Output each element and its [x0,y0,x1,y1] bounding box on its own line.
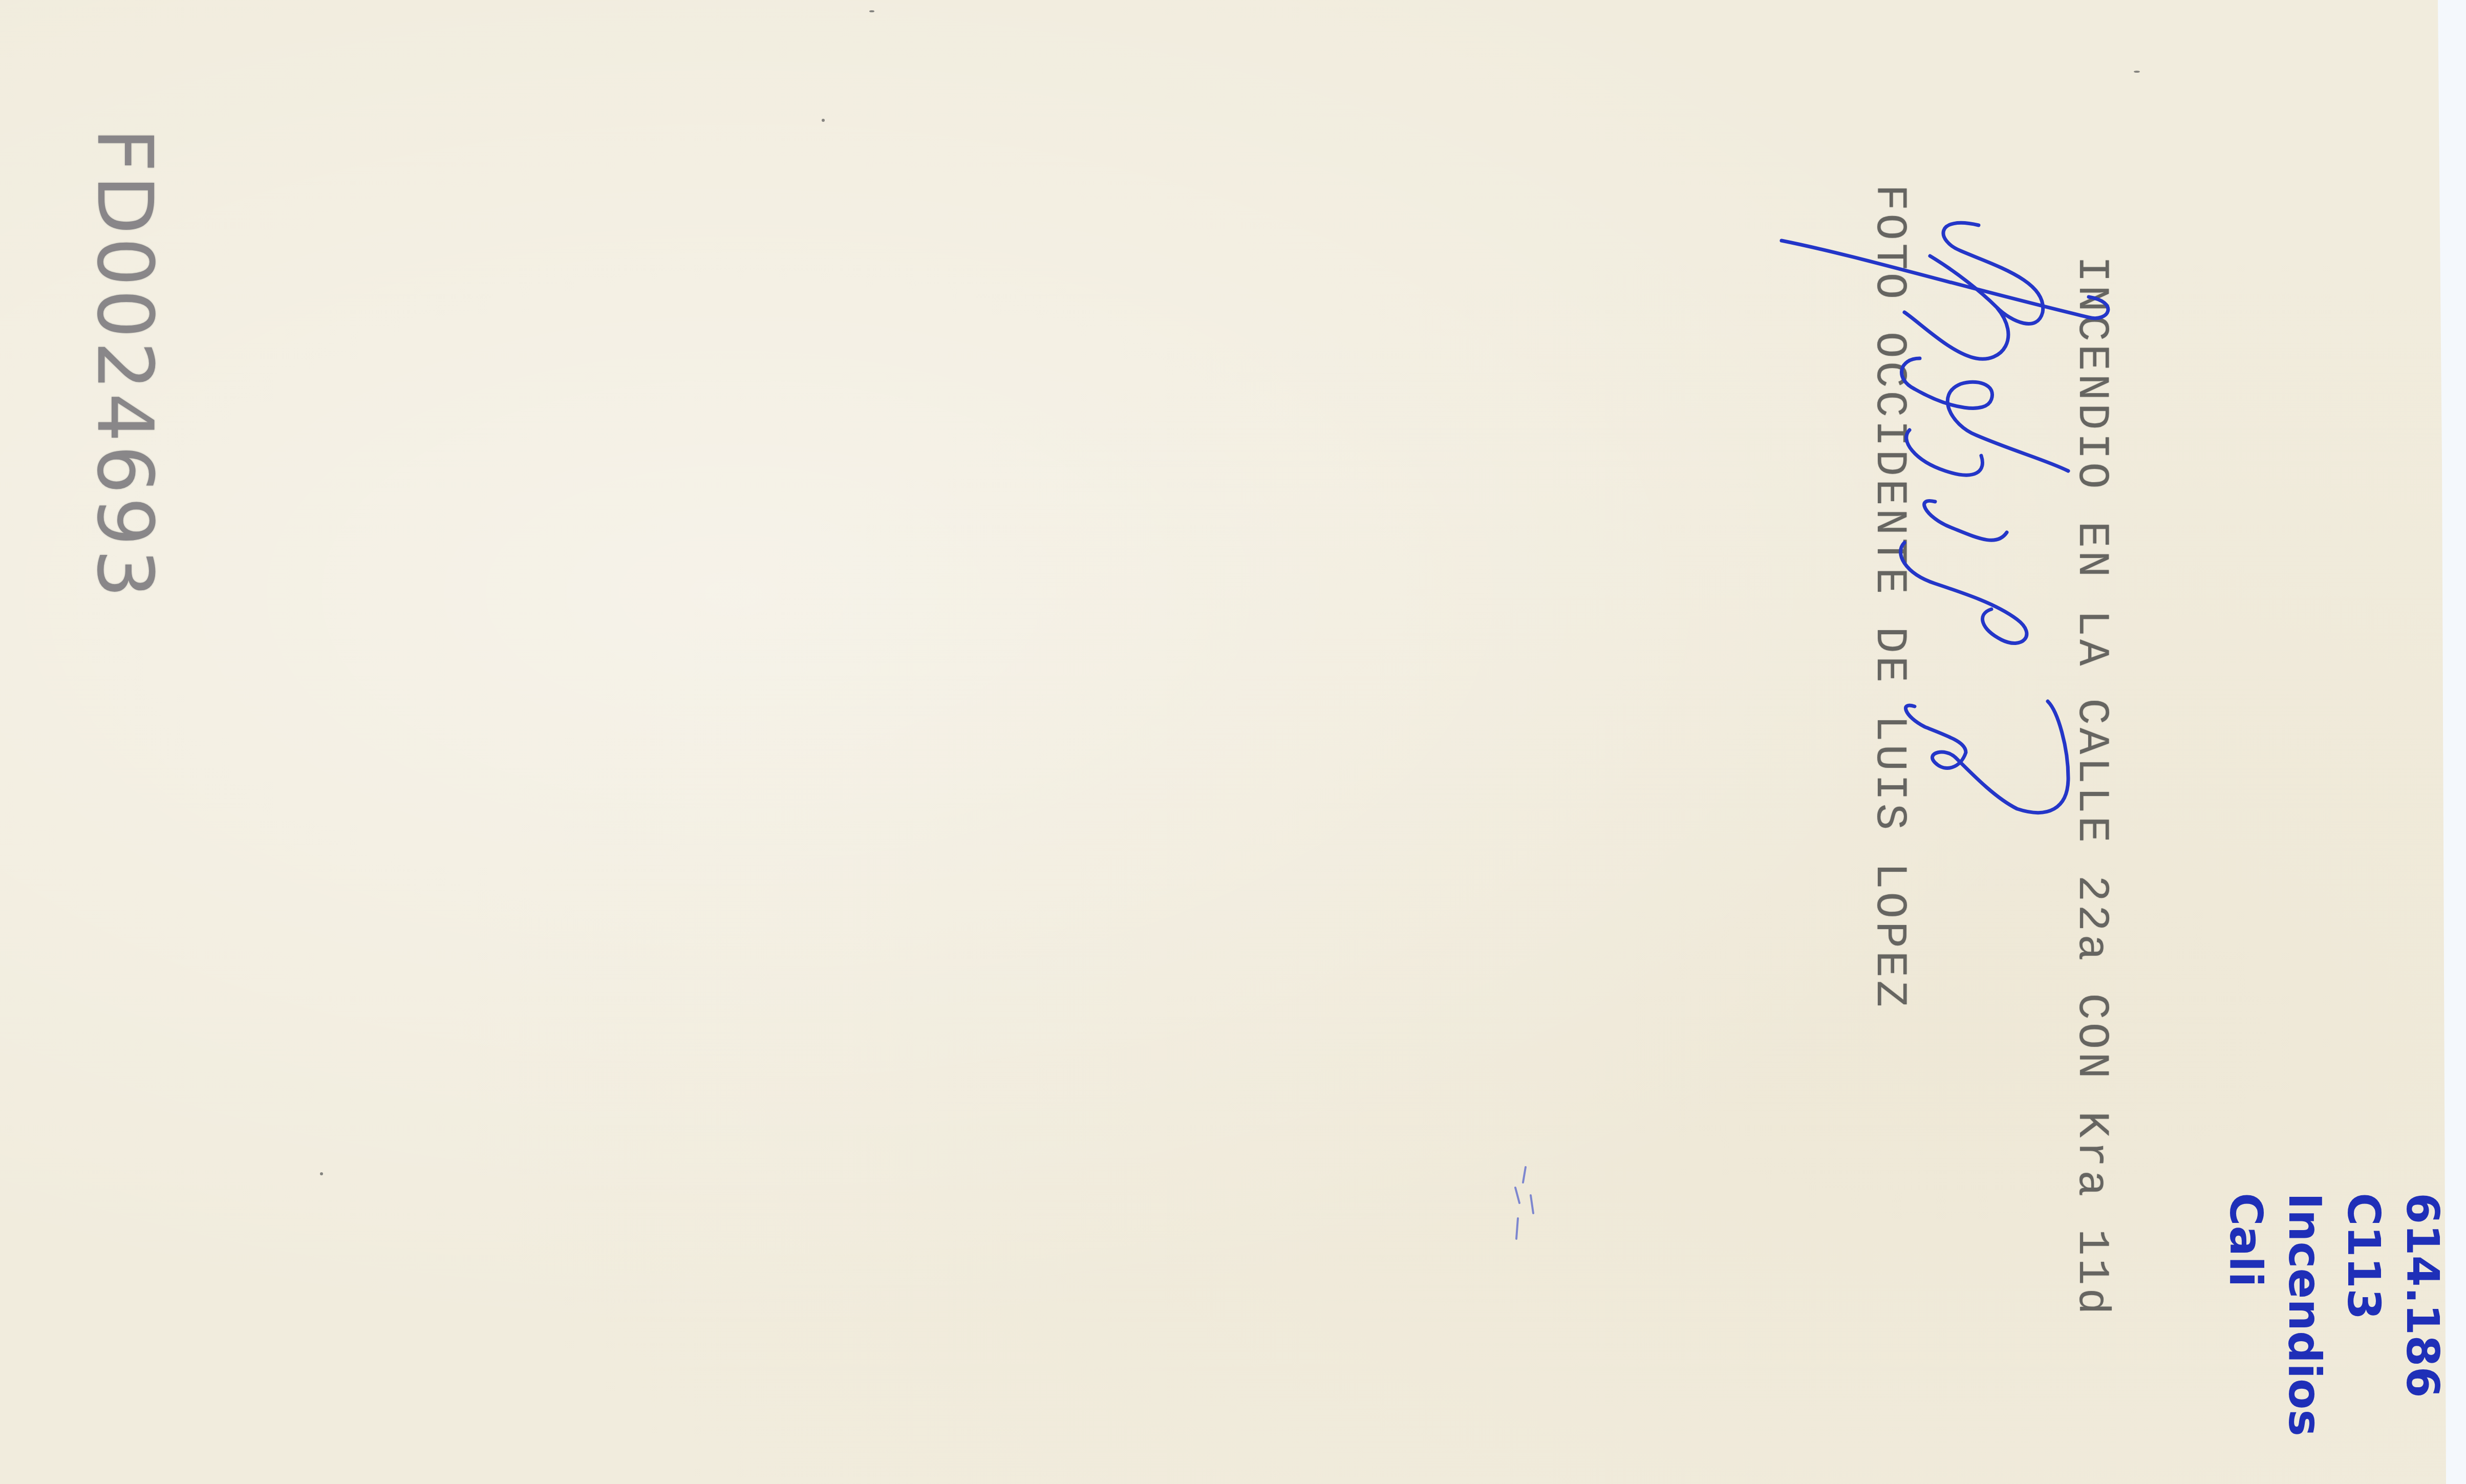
signature-icon [1782,195,2089,1014]
archive-note-line-4: Cali [2217,1193,2276,1436]
pencil-catalog-id: FD0024693 [80,128,169,601]
archive-note-line-3: Incendios [2276,1193,2334,1436]
dust-speck [822,119,825,122]
dust-speck [869,10,874,12]
archive-note-line-2: C113 [2334,1193,2393,1436]
archive-note: 614.186 C113 Incendios Cali [2217,1193,2452,1436]
dust-speck [320,1172,323,1175]
dust-speck [2134,71,2140,73]
ink-smudge [1495,1147,1556,1249]
archive-note-line-1: 614.186 [2393,1193,2452,1436]
scanned-document: FD0024693 INCENDIO EN LA CALLE 22a CON K… [0,0,2466,1484]
